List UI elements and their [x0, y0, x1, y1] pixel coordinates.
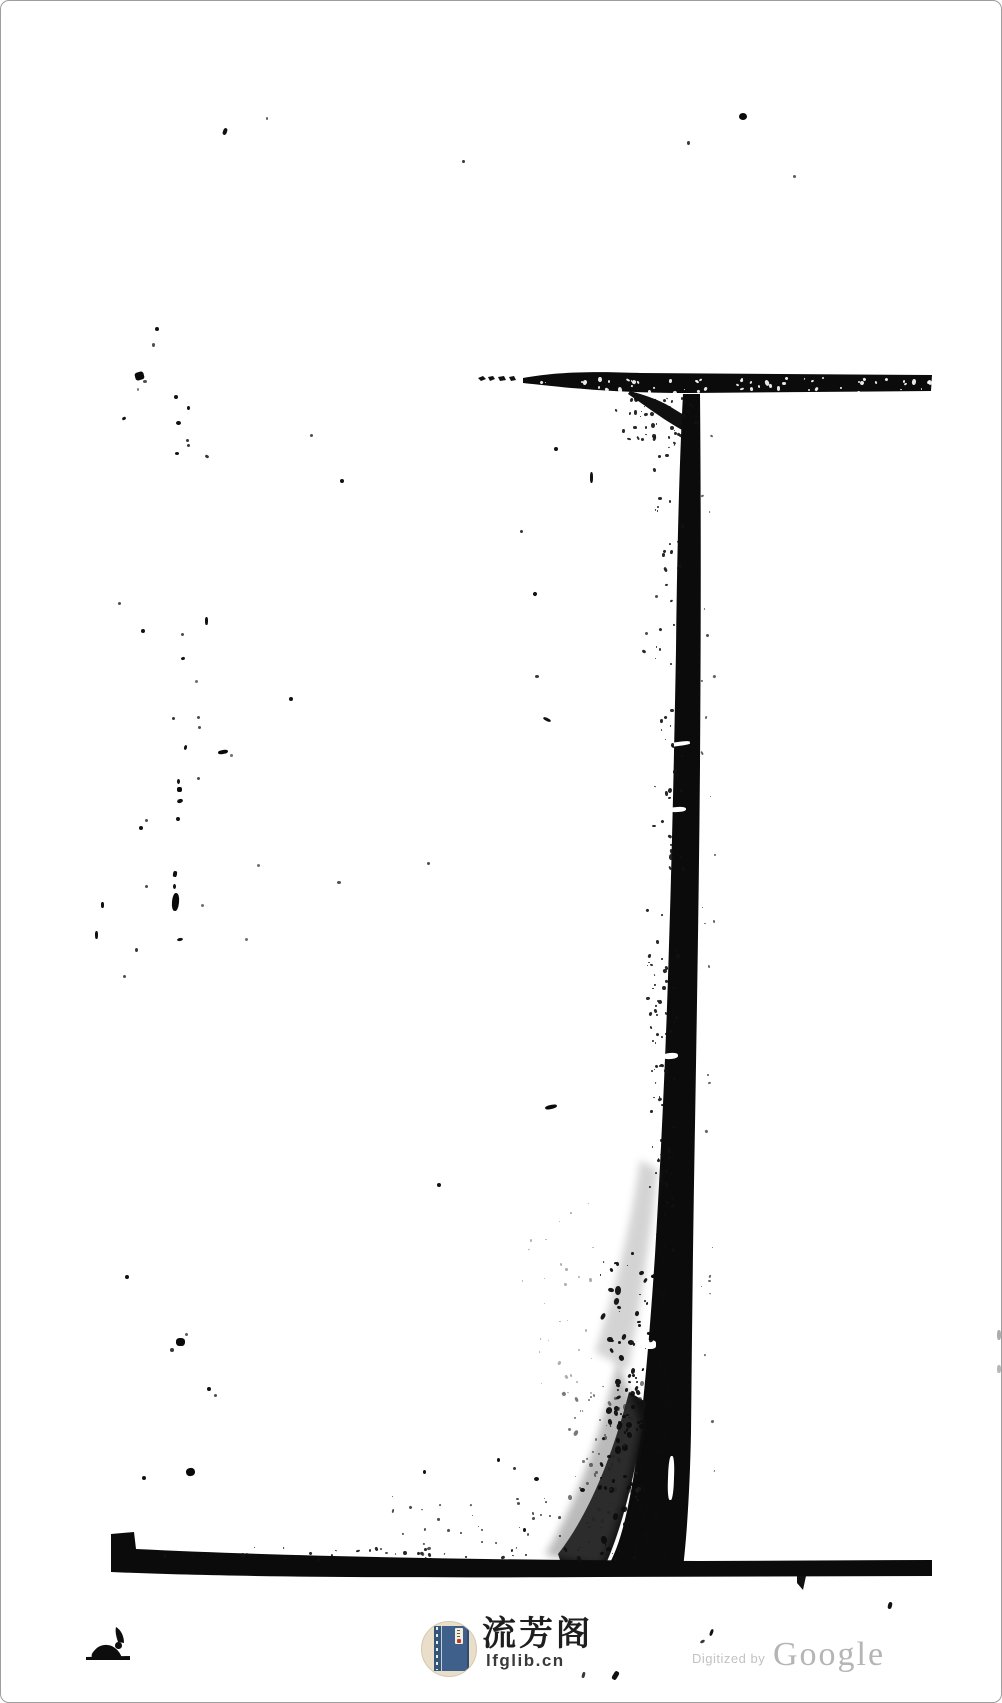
- ink-noise: [522, 1280, 523, 1282]
- ink-noise: [668, 543, 670, 545]
- ink-noise: [589, 1278, 592, 1282]
- ink-noise: [403, 1551, 407, 1555]
- ink-speck: [997, 1365, 1001, 1373]
- ink-noise: [644, 1300, 646, 1302]
- bottom-rule-hook: [797, 1576, 806, 1590]
- ink-noise: [670, 400, 672, 403]
- ink-noise: [623, 1475, 627, 1478]
- ink-noise: [839, 387, 841, 389]
- ink-speck: [145, 885, 148, 888]
- ink-speck: [266, 117, 268, 120]
- ink-noise: [531, 1511, 534, 1514]
- ink-noise: [633, 1450, 637, 1452]
- digitized-by-label: Digitized by: [692, 1652, 765, 1666]
- ink-speck: [793, 175, 796, 178]
- ink-speck: [197, 777, 200, 780]
- ink-speck: [462, 160, 465, 163]
- ink-speck: [201, 904, 204, 907]
- top-rule-lead-in: [478, 376, 516, 381]
- ink-noise: [565, 1268, 568, 1271]
- bottom-rule-ink: [111, 1532, 932, 1577]
- ink-noise: [707, 1074, 710, 1076]
- ink-speck: [170, 1348, 174, 1352]
- ink-speck: [118, 602, 121, 605]
- ink-speck: [155, 327, 159, 331]
- ink-noise: [661, 820, 664, 823]
- ink-noise: [782, 382, 786, 385]
- ink-noise: [669, 426, 673, 430]
- ink-noise: [636, 1487, 640, 1491]
- ink-noise: [654, 399, 656, 400]
- ink-noise: [617, 387, 622, 393]
- ink-noise: [665, 1169, 668, 1173]
- ink-speck: [139, 826, 143, 830]
- ink-noise: [655, 940, 659, 944]
- ink-noise: [647, 965, 649, 966]
- ink-speck: [520, 530, 523, 533]
- ink-noise: [677, 671, 680, 673]
- ink-noise: [648, 390, 652, 394]
- ink-noise: [874, 380, 877, 384]
- ink-noise: [658, 1096, 660, 1098]
- ink-noise: [576, 1380, 578, 1382]
- ink-noise: [282, 1547, 284, 1549]
- ink-noise: [330, 1554, 332, 1557]
- ink-speck: [173, 884, 176, 889]
- ink-noise: [308, 1551, 311, 1554]
- ink-speck: [655, 595, 658, 598]
- ink-speck: [123, 975, 126, 978]
- ink-noise: [630, 1417, 633, 1421]
- ink-speck: [706, 634, 709, 637]
- ink-noise: [615, 1445, 621, 1453]
- ink-noise: [663, 715, 667, 718]
- ink-speck: [187, 444, 190, 447]
- ink-noise: [637, 1499, 639, 1501]
- ink-noise: [670, 1172, 672, 1174]
- ink-noise: [623, 1403, 627, 1409]
- ink-noise: [656, 1339, 660, 1342]
- ink-noise: [570, 1211, 572, 1213]
- ink-noise: [653, 1371, 656, 1373]
- ink-noise: [652, 1097, 654, 1098]
- ink-speck: [534, 1477, 539, 1481]
- ink-speck: [141, 629, 145, 633]
- ink-noise: [423, 1548, 427, 1551]
- ink-noise: [607, 1337, 613, 1342]
- ink-noise: [652, 988, 654, 989]
- ink-noise: [516, 1498, 519, 1500]
- ink-speck: [176, 1338, 185, 1346]
- ink-speck: [176, 421, 181, 425]
- ink-speck: [535, 675, 539, 678]
- ink-speck: [423, 1470, 426, 1474]
- ink-noise: [636, 1320, 640, 1323]
- ink-speck: [437, 1183, 441, 1187]
- ink-speck: [310, 434, 313, 437]
- ink-noise: [650, 1274, 654, 1278]
- ink-speck: [181, 633, 184, 636]
- ink-speck: [135, 948, 138, 952]
- ink-speck: [289, 697, 293, 701]
- ink-speck: [198, 726, 201, 729]
- ink-noise: [541, 1383, 542, 1384]
- google-logo: Google: [773, 1638, 885, 1672]
- ink-noise: [662, 985, 666, 989]
- ink-noise: [600, 1274, 601, 1276]
- ink-speck: [187, 406, 190, 410]
- ink-noise: [591, 1357, 592, 1358]
- ink-speck: [145, 819, 148, 822]
- ink-noise: [614, 1286, 620, 1295]
- ink-speck: [95, 931, 98, 939]
- ink-noise: [678, 654, 679, 656]
- ink-speck: [197, 716, 200, 719]
- ink-speck: [207, 1387, 211, 1391]
- ink-speck: [214, 1394, 217, 1397]
- ink-noise: [592, 1517, 595, 1521]
- ink-noise: [618, 1550, 621, 1552]
- ink-noise: [639, 1380, 643, 1386]
- ink-noise: [661, 1425, 664, 1430]
- ink-speck: [687, 141, 690, 145]
- ink-speck: [185, 1333, 188, 1336]
- ink-speck: [176, 817, 180, 821]
- ink-speck: [337, 881, 341, 884]
- ink-speck: [152, 343, 155, 347]
- ink-speck: [143, 380, 147, 383]
- ink-noise: [423, 1527, 426, 1530]
- ink-noise: [684, 400, 686, 403]
- ink-noise: [634, 410, 637, 415]
- ink-speck: [174, 395, 178, 399]
- ink-noise: [670, 709, 674, 712]
- ink-speck: [523, 1528, 526, 1532]
- corner-blotch-comma: [116, 1627, 124, 1643]
- ink-noise: [659, 648, 661, 651]
- ink-noise: [652, 825, 656, 827]
- ink-noise: [617, 1507, 621, 1511]
- ink-speck: [554, 447, 558, 451]
- ink-noise: [618, 1420, 621, 1423]
- ink-speck: [997, 1330, 1001, 1340]
- ink-layer: [0, 0, 1002, 1703]
- ink-speck: [497, 1458, 500, 1462]
- ink-noise: [749, 386, 753, 390]
- ink-noise: [777, 386, 780, 391]
- ink-noise: [559, 1534, 561, 1536]
- ink-noise: [670, 549, 673, 554]
- ink-noise: [532, 1517, 535, 1520]
- ink-noise: [567, 1495, 571, 1500]
- ink-noise: [658, 496, 662, 499]
- ink-noise: [629, 1390, 635, 1396]
- ink-noise: [661, 553, 664, 557]
- rule-break: [638, 1340, 656, 1349]
- ink-noise: [667, 787, 672, 793]
- ink-noise: [574, 1417, 576, 1419]
- ink-noise: [661, 958, 663, 960]
- ink-noise: [656, 1448, 662, 1455]
- ink-speck: [172, 717, 175, 720]
- ink-speck: [340, 479, 344, 483]
- ink-noise: [672, 1020, 674, 1023]
- ink-noise: [660, 719, 663, 723]
- ink-speck: [245, 938, 248, 941]
- ink-noise: [666, 1147, 671, 1154]
- ink-speck: [513, 1467, 516, 1470]
- ink-speck: [177, 779, 180, 784]
- ink-noise: [512, 1554, 514, 1555]
- ink-speck: [125, 1275, 129, 1279]
- ink-noise: [670, 662, 672, 664]
- ink-speck: [137, 388, 139, 391]
- ink-noise: [664, 1213, 666, 1216]
- ink-speck: [175, 452, 179, 455]
- ink-noise: [662, 1379, 665, 1382]
- ink-speck: [739, 113, 747, 120]
- ink-noise: [633, 426, 637, 430]
- ink-noise: [628, 411, 630, 414]
- ink-speck: [177, 787, 182, 792]
- scan-page: 流芳阁 lfglib.cn Digitized by Google: [0, 0, 1002, 1703]
- ink-noise: [673, 1013, 675, 1015]
- ink-noise: [631, 1252, 634, 1255]
- ink-noise: [676, 953, 680, 958]
- ink-speck: [195, 680, 198, 683]
- ink-noise: [600, 1477, 602, 1479]
- ink-speck: [427, 862, 430, 865]
- ink-speck: [645, 632, 648, 635]
- corner-blotch-dot: [115, 1642, 122, 1649]
- ink-speck: [101, 902, 104, 908]
- ink-speck: [142, 1476, 146, 1480]
- ink-speck: [590, 472, 593, 483]
- ink-speck: [230, 754, 233, 757]
- ink-noise: [651, 423, 655, 428]
- ink-noise: [588, 1399, 591, 1401]
- ink-noise: [665, 583, 668, 586]
- ink-noise: [623, 1522, 628, 1527]
- ink-noise: [480, 1529, 483, 1531]
- ink-speck: [205, 617, 208, 625]
- ink-speck: [257, 864, 260, 867]
- ink-noise: [686, 410, 688, 413]
- ink-speck: [186, 439, 189, 442]
- ink-speck: [517, 1502, 520, 1505]
